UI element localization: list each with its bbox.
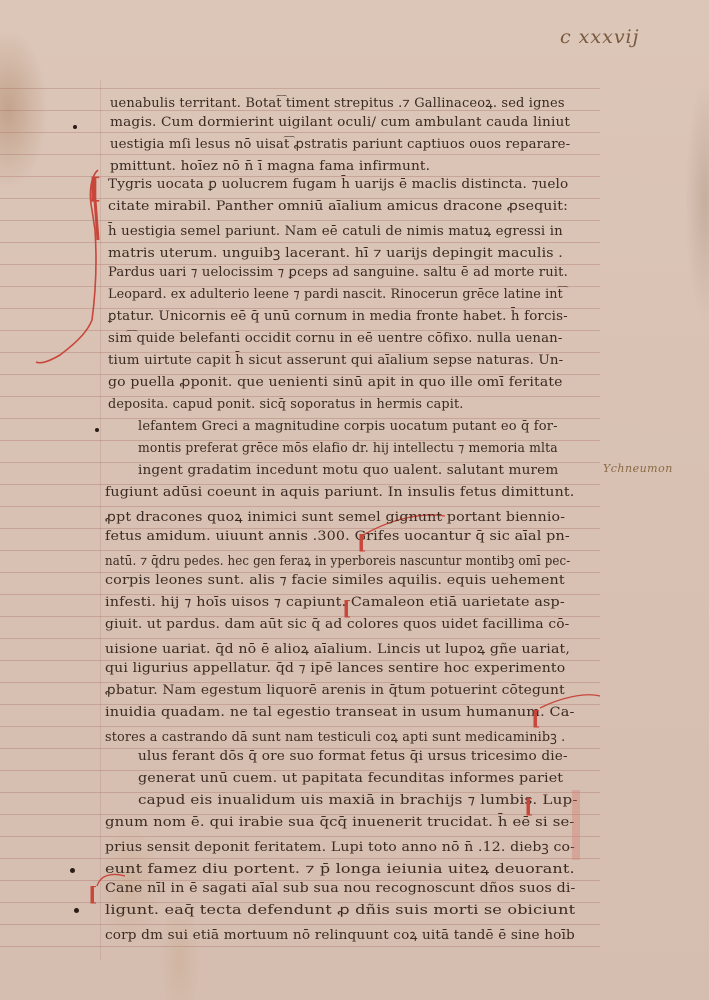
binding-hole	[95, 428, 99, 432]
text-line: ingent gradatim incedunt motu quo ualent…	[138, 463, 558, 478]
text-line: Pardus uari ⁊ uelocissim ⁊ ꝑceps ad sang…	[108, 265, 568, 280]
text-line: uenabulis territant. Botat͡ timent strep…	[110, 93, 565, 111]
text-line: tium uirtute capit h̄ sicut asserunt qui…	[108, 353, 563, 368]
text-line: Leopard. ex adulterio leene ⁊ pardi nasc…	[108, 287, 563, 302]
text-line: Tygris uocata ꝑ uolucrem fugam h̄ uarijs…	[108, 177, 568, 192]
text-line: eunt famez diu portent. ⁊ p̄ longa ieiun…	[105, 859, 575, 877]
text-line: sim͡ quide belefanti occidit cornu in eē…	[108, 331, 563, 346]
binding-hole	[73, 125, 77, 129]
text-line: deposita. capud ponit. sicq̄ soporatus i…	[108, 397, 463, 412]
text-line: ligunt. eaq̄ tecta defendunt ꝓ dñis suis…	[105, 903, 575, 918]
text-line: stores a castrando dā sunt nam testiculi…	[105, 727, 565, 745]
text-line: uisione uariat. q̄d nō ē alioꝝ aīalium. …	[105, 639, 570, 657]
text-line: qui ligurius appellatur. q̄d ⁊ ipē lance…	[105, 661, 565, 676]
text-line: magis. Cum dormierint uigilant oculi/ cu…	[110, 115, 570, 130]
binding-hole	[70, 868, 75, 873]
parchment-page: c xxxvij Ychneumon uenabulis territant. …	[0, 0, 709, 1000]
text-line: citate mirabil. Panther omniū aīalium am…	[108, 199, 568, 214]
text-line: ulus ferant dōs q̄ ore suo format fetus …	[138, 749, 568, 764]
text-line: ꝑtatur. Unicornis eē q̄ unū cornum in me…	[108, 309, 568, 324]
rubric-initial: [	[88, 882, 97, 906]
rubric-initial: [	[342, 596, 351, 620]
text-line: matris uterum. unguibꝫ lacerant. hī ⁊ ua…	[108, 243, 563, 261]
text-line: natū. ⁊ q̄dru pedes. hec gen feraꝝ in yp…	[105, 551, 570, 569]
text-line: capud eis inualidum uis maxiā in brachij…	[138, 793, 578, 808]
text-line: h̄ uestigia semel pariunt. Nam eē catuli…	[108, 221, 563, 239]
text-line: infesti. hij ⁊ hoīs uisos ⁊ capiunt. Cam…	[105, 595, 565, 610]
text-line: corp dm sui etiā mortuum nō relinquunt c…	[105, 925, 575, 943]
text-line: generat unū cuem. ut papitata fecunditas…	[138, 771, 563, 786]
text-line: fugiunt adūsi coeunt in aquis pariunt. I…	[105, 485, 574, 500]
text-line: gnum nom ē. qui irabie sua q̄cq̄ inuener…	[105, 815, 575, 830]
text-line: go puella ꝓponit. que uenienti sinū apit…	[108, 375, 563, 390]
rubric-initial: [	[531, 706, 540, 730]
text-line: lefantem Greci a magnitudine corpis uoca…	[138, 419, 558, 434]
text-line: ꝓpt dracones quoꝝ inimici sunt semel gig…	[105, 507, 565, 525]
rubric-initial: [	[88, 172, 101, 205]
text-line: pmittunt. hoīez nō n̄ ī magna fama infir…	[110, 159, 430, 174]
red-stain	[572, 790, 580, 860]
text-line: uestigia mſi lesus nō uisat͡ ꝓstratis pa…	[110, 137, 570, 152]
text-line: montis preferat grēce mōs elafio dr. hij…	[138, 441, 558, 456]
text-line: corpis leones sunt. alis ⁊ facie similes…	[105, 573, 565, 588]
text-line: inuidia quadam. ne tal egestio transeat …	[105, 705, 574, 720]
rubric-initial: [	[357, 530, 366, 554]
text-line: giuit. ut pardus. dam aūt sic q̄ ad colo…	[105, 617, 569, 632]
text-line: Cane nīl in ē sagati aīal sub sua nou re…	[105, 881, 575, 896]
text-line: fetus amidum. uiuunt annis .300. Grifes …	[105, 529, 570, 544]
binding-hole	[74, 908, 79, 913]
rubric-initial: [	[524, 794, 533, 818]
text-line: ꝓbatur. Nam egestum liquorē arenis in q̄…	[105, 683, 565, 698]
text-line: prius sensit deponit feritatem. Lupi tot…	[105, 837, 575, 855]
